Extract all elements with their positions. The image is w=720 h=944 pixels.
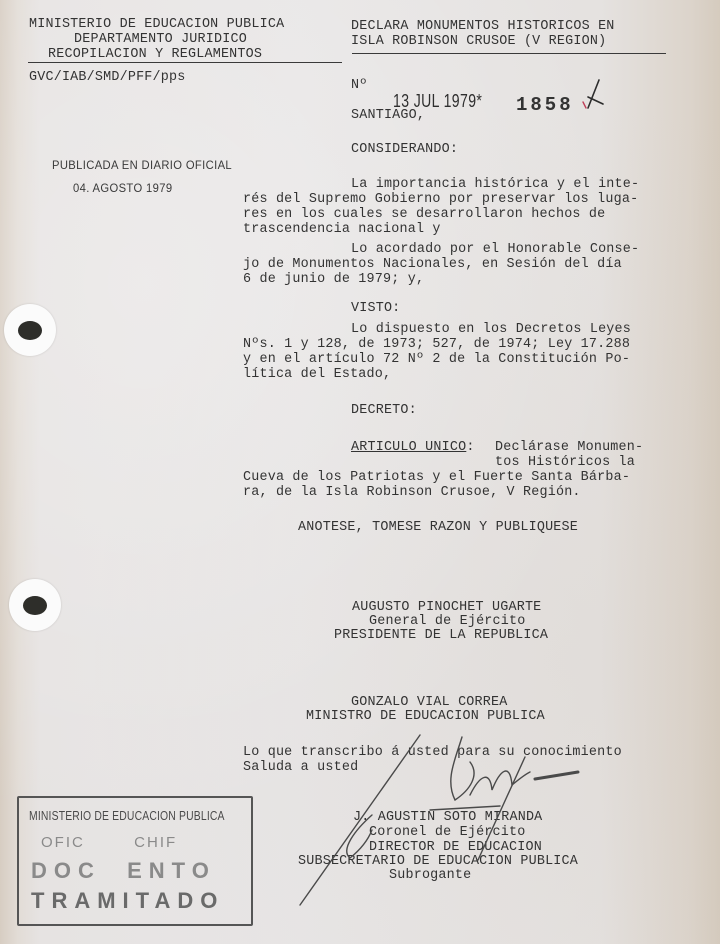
visto-heading: VISTO:	[351, 301, 400, 317]
visto-l1: Lo dispuesto en los Decretos Leyes	[351, 322, 631, 338]
considerando-p1-l3: res en los cuales se desarrollaron hecho…	[243, 207, 605, 223]
punch-hole-top	[4, 304, 56, 356]
considerando-heading: CONSIDERANDO:	[351, 142, 458, 158]
visto-l2: Nºs. 1 y 128, de 1973; 527, de 1974; Ley…	[243, 337, 630, 353]
office-stamp-line3: DOC ENTO	[31, 858, 216, 884]
article-heading: ARTICULO UNICO:	[351, 440, 475, 456]
ministry-name: MINISTERIO DE EDUCACION PUBLICA	[29, 17, 284, 33]
header-left-rule	[28, 62, 342, 63]
date-stamp: 13 JUL 1979*	[393, 91, 482, 112]
number-label: Nº	[351, 78, 367, 94]
department-name: DEPARTAMENTO JURIDICO	[74, 32, 247, 48]
article-separator: :	[466, 440, 474, 455]
director-name: J. AGUSTIN SOTO MIRANDA	[353, 810, 542, 826]
visto-l4: lítica del Estado,	[243, 367, 391, 383]
punch-hole-bottom	[9, 579, 61, 631]
transcription-line1: Lo que transcribo á usted para su conoci…	[243, 745, 622, 761]
section-name: RECOPILACION Y REGLAMENTOS	[48, 47, 262, 63]
article-l1: Declárase Monumen-	[495, 440, 643, 456]
director-rank: Coronel de Ejército	[369, 825, 525, 841]
decree-subject-line1: DECLARA MONUMENTOS HISTORICOS EN	[351, 19, 615, 35]
visto-l3: y en el artículo 72 Nº 2 de la Constituc…	[243, 352, 630, 368]
publication-line1: PUBLICADA EN DIARIO OFICIAL	[52, 158, 232, 174]
considerando-p2-l3: 6 de junio de 1979; y,	[243, 272, 424, 288]
decreto-heading: DECRETO:	[351, 403, 417, 419]
article-l3: Cueva de los Patriotas y el Fuerte Santa…	[243, 470, 630, 486]
office-stamp-line4: TRAMITADO	[31, 888, 224, 914]
president-title: PRESIDENTE DE LA REPUBLICA	[334, 628, 548, 644]
publication-date: 04. AGOSTO 1979	[73, 181, 172, 197]
header-right-rule	[352, 53, 666, 54]
considerando-p1-l2: rés del Supremo Gobierno por preservar l…	[243, 192, 638, 208]
article-label: ARTICULO UNICO	[351, 440, 466, 455]
considerando-p1-l4: trascendencia nacional y	[243, 222, 441, 238]
minister-title: MINISTRO DE EDUCACION PUBLICA	[306, 709, 545, 725]
director-title3: Subrogante	[389, 868, 471, 884]
decree-number: 1858	[516, 94, 574, 116]
considerando-p2-l2: jo de Monumentos Nacionales, en Sesión d…	[243, 257, 622, 273]
considerando-p1-l1: La importancia histórica y el inte-	[351, 177, 639, 193]
article-l2: tos Históricos la	[495, 455, 635, 471]
decree-subject-line2: ISLA ROBINSON CRUSOE (V REGION)	[351, 34, 606, 50]
office-stamp-line1: MINISTERIO DE EDUCACION PUBLICA	[29, 808, 225, 823]
office-stamp-line2: OFIC CHIF	[41, 834, 177, 851]
closing-formula: ANOTESE, TOMESE RAZON Y PUBLIQUESE	[298, 520, 578, 536]
reference-code: GVC/IAB/SMD/PFF/pps	[29, 70, 185, 86]
considerando-p2-l1: Lo acordado por el Honorable Conse-	[351, 242, 639, 258]
transcription-line2: Saluda a usted	[243, 760, 358, 776]
office-stamp: MINISTERIO DE EDUCACION PUBLICA OFIC CHI…	[17, 796, 253, 926]
article-l4: ra, de la Isla Robinson Crusoe, V Región…	[243, 485, 581, 501]
check-mark-icon	[583, 80, 603, 108]
